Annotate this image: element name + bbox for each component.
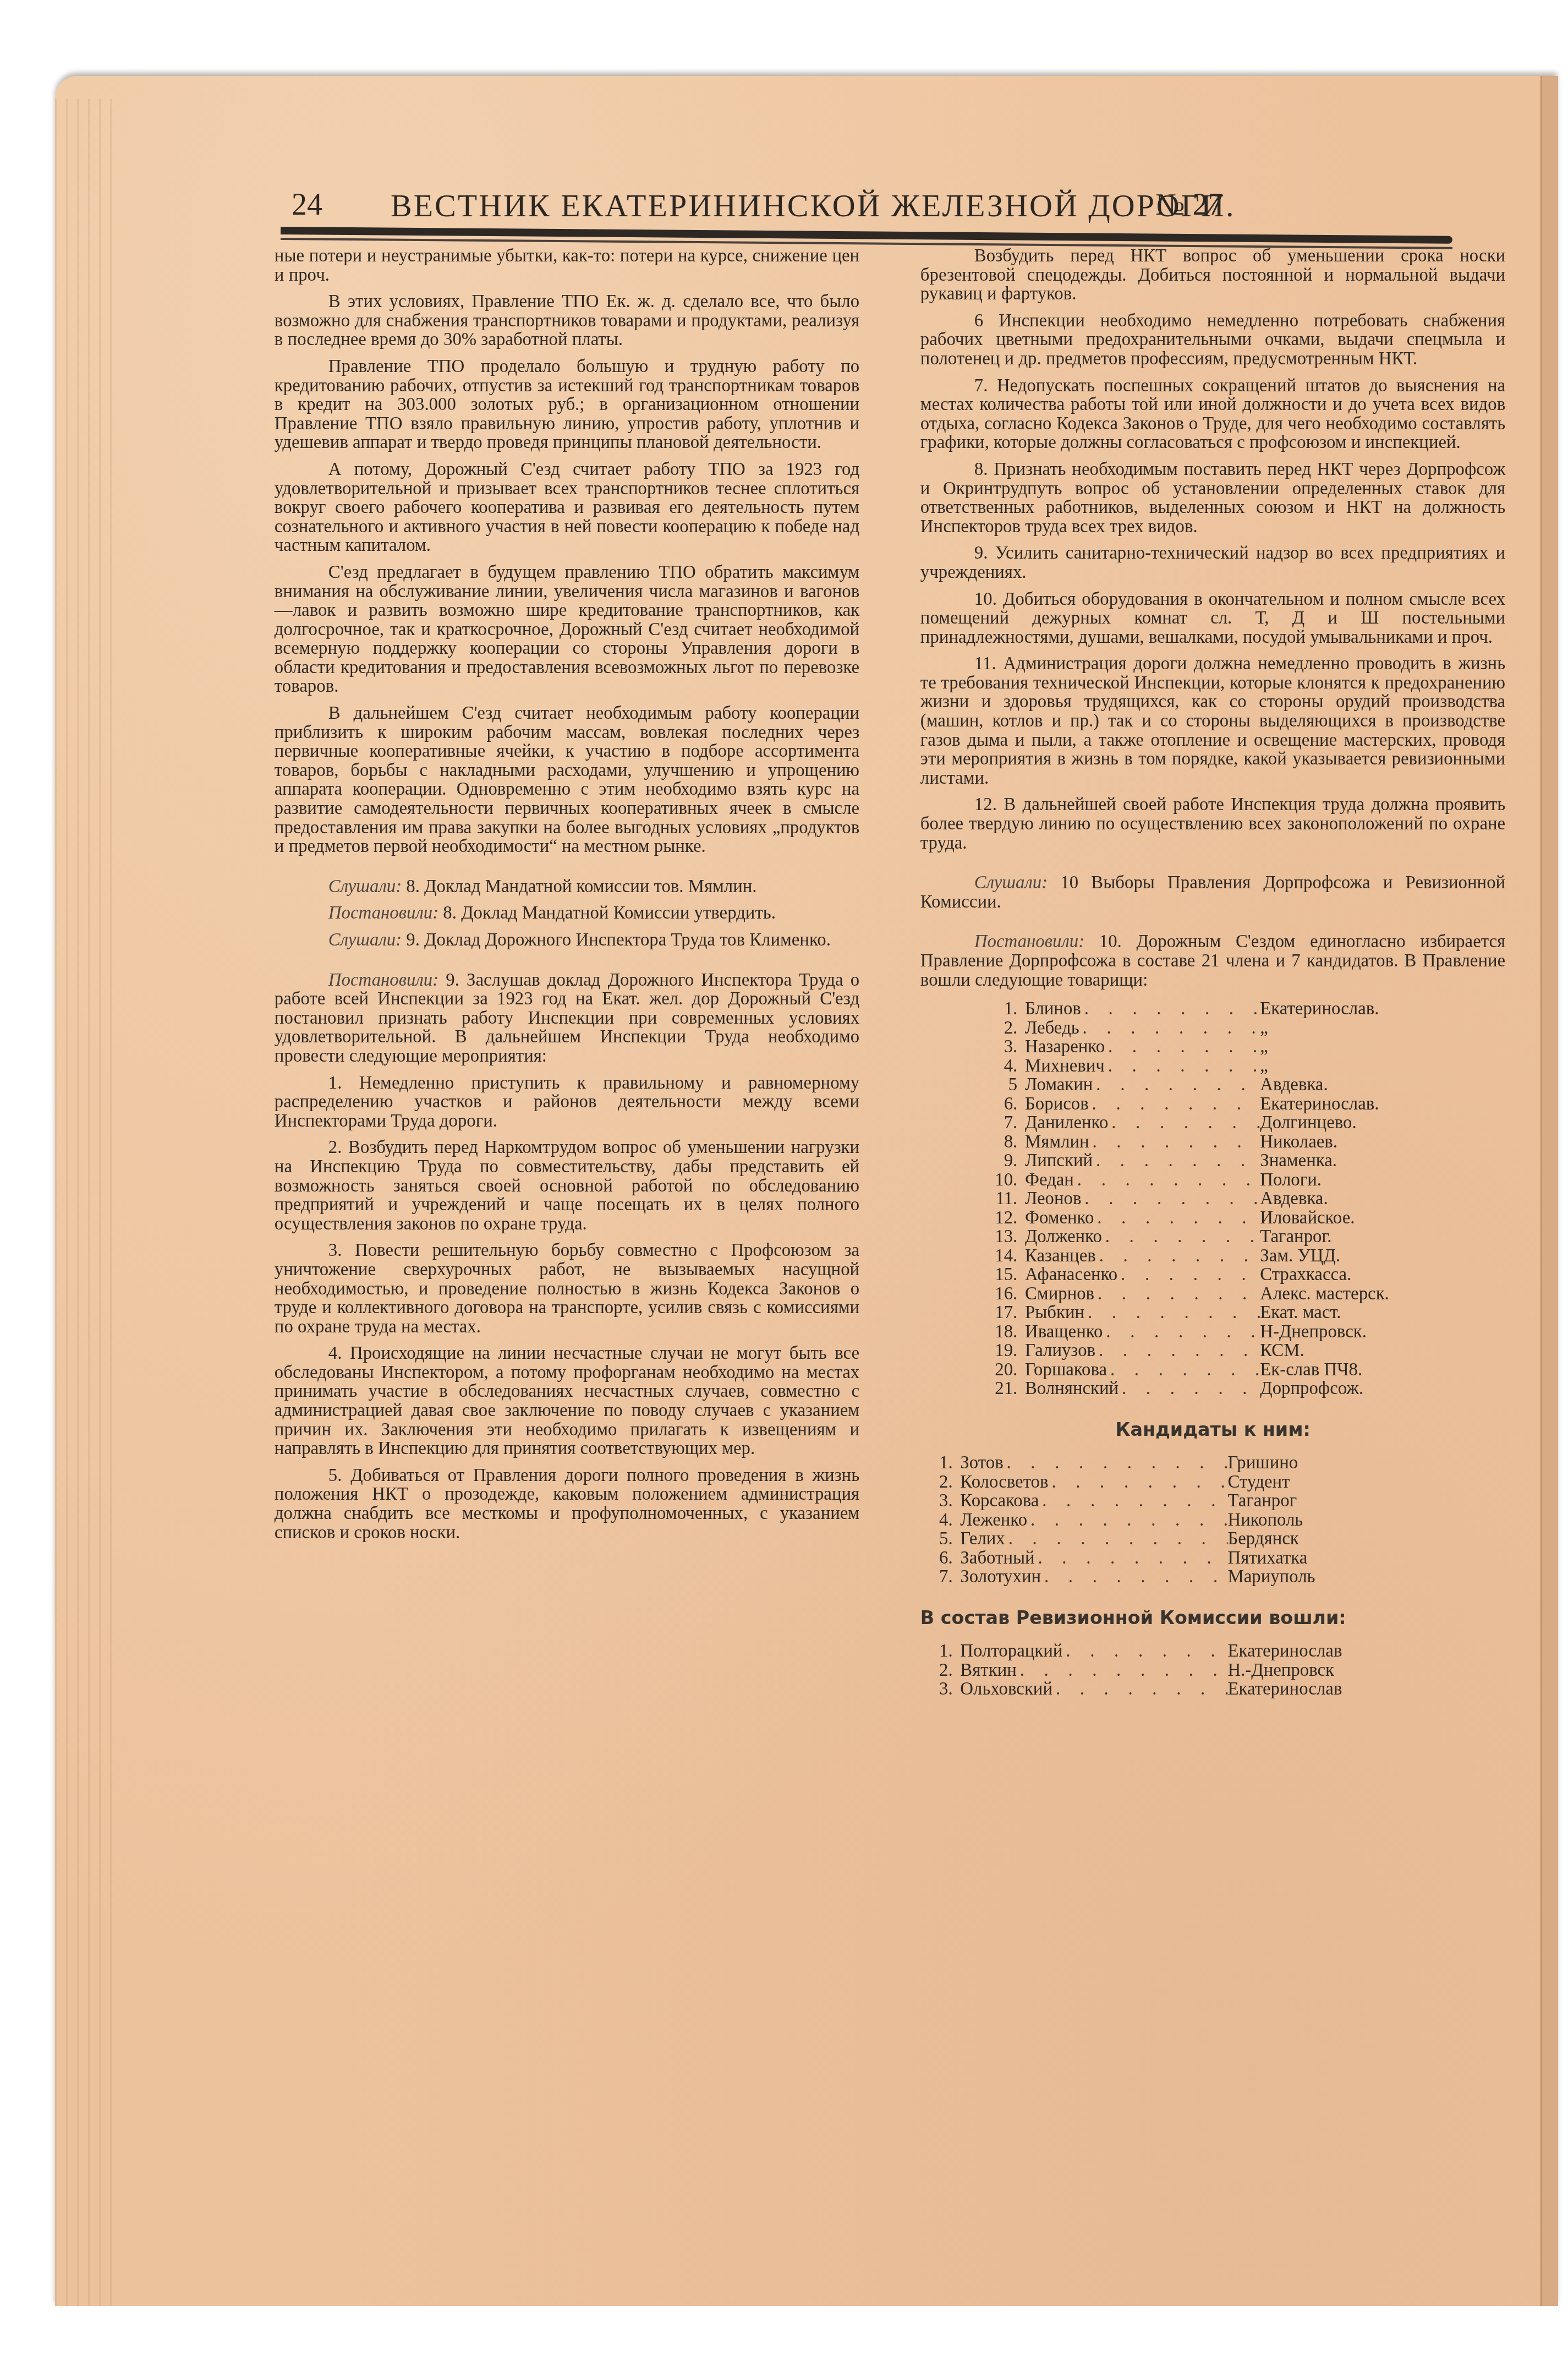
roster-name: Казанцев — [1025, 1247, 1096, 1266]
roster-place: Николаев. — [1260, 1133, 1438, 1152]
roster-name: Леонов — [1025, 1189, 1082, 1209]
roster-number: 1. — [920, 1642, 961, 1661]
roster-name: Иващенко — [1025, 1322, 1103, 1342]
roster-name: Золотухин — [960, 1567, 1041, 1587]
roster-row: 10.Федан. . . . . . . . . . . . . . . . … — [953, 1171, 1438, 1190]
roster-place: Иловайское. — [1260, 1209, 1438, 1228]
roster-row: 2.Вяткин. . . . . . . . . . . . . . . . … — [920, 1661, 1406, 1680]
roster-row: 3.Назаренко. . . . . . . . . . . . . . .… — [953, 1037, 1438, 1057]
publication-title: ВЕСТНИК ЕКАТЕРИНИНСКОЙ ЖЕЛЕЗНОЙ ДОРОГИ. — [391, 187, 1235, 224]
roster-name: Михневич — [1025, 1057, 1105, 1076]
issue-number: № 27 — [1155, 187, 1223, 222]
leader-dots: . . . . . . . . . . . . . . . . . . — [1095, 1341, 1260, 1360]
paragraph: В дальнейшем С'езд считает необходимым р… — [275, 704, 859, 856]
leader-dots: . . . . . . . . . . . . . . . . . . — [1041, 1567, 1227, 1587]
roster-number: 17. — [953, 1303, 1025, 1322]
roster-number: 3. — [920, 1491, 961, 1511]
leader-dots: . . . . . . . . . . . . . . . . . . — [1049, 1473, 1228, 1492]
roster-place: Авдевка. — [1260, 1075, 1438, 1095]
leader-dots: . . . . . . . . . . . . . . . . . . — [1004, 1453, 1228, 1473]
roster-name: Корсакова — [960, 1491, 1039, 1511]
minutes-entry: Слушали: 8. Доклад Мандатной комиссии то… — [275, 877, 859, 897]
roster-row: 12.Фоменко. . . . . . . . . . . . . . . … — [953, 1209, 1438, 1228]
roster-name: Заботный — [960, 1549, 1034, 1568]
roster-number: 11. — [953, 1189, 1025, 1209]
measure-item: 9. Усилить санитарно-технический надзор … — [920, 544, 1505, 582]
roster-number: 12. — [953, 1209, 1025, 1228]
roster-place: „ — [1260, 1037, 1438, 1057]
roster-row: 2.Лебедь. . . . . . . . . . . . . . . . … — [953, 1019, 1438, 1038]
roster-row: 1.Блинов. . . . . . . . . . . . . . . . … — [953, 999, 1438, 1019]
leader-dots: . . . . . . . . . . . . . . . . . . — [1094, 1285, 1260, 1304]
leader-dots: . . . . . . . . . . . . . . . . . . — [1005, 1529, 1228, 1549]
leader-dots: . . . . . . . . . . . . . . . . . . — [1084, 1303, 1260, 1322]
measure-item: 7. Недопускать поспешных сокращений штат… — [920, 376, 1505, 452]
roster-number: 14. — [953, 1247, 1025, 1266]
page-fold-edge — [1540, 76, 1558, 2306]
minutes-entry: Слушали: 9. Доклад Дорожного Инспектора … — [275, 931, 859, 950]
roster-place: „ — [1260, 1019, 1438, 1038]
leader-dots: . . . . . . . . . . . . . . . . . . — [1035, 1549, 1228, 1568]
roster-name: Смирнов — [1025, 1285, 1094, 1304]
roster-row: 6.Заботный. . . . . . . . . . . . . . . … — [920, 1549, 1406, 1568]
roster-number: 9. — [953, 1151, 1025, 1171]
roster-number: 3. — [920, 1680, 961, 1699]
roster-row: 7.Золотухин. . . . . . . . . . . . . . .… — [920, 1567, 1406, 1587]
paragraph: С'езд предлагает в будущем правлению ТПО… — [275, 563, 859, 696]
roster-number: 2. — [920, 1473, 961, 1492]
roster-name: Блинов — [1025, 999, 1081, 1019]
leader-dots: . . . . . . . . . . . . . . . . . . — [1102, 1227, 1260, 1247]
paragraph: ные потери и неустранимые убытки, как-то… — [275, 247, 859, 285]
leader-dots: . . . . . . . . . . . . . . . . . . — [1039, 1491, 1227, 1511]
roster-number: 5 — [953, 1075, 1025, 1095]
roster-row: 1.Зотов. . . . . . . . . . . . . . . . .… — [920, 1453, 1406, 1473]
measure-item: Возбудить перед НКТ вопрос об уменьшении… — [920, 247, 1505, 304]
roster-name: Вяткин — [960, 1661, 1016, 1680]
roster-name: Даниленко — [1025, 1113, 1108, 1133]
minutes-entry: Постановили: 10. Дорожным С'ездом единог… — [920, 932, 1505, 990]
roster-row: 6.Борисов. . . . . . . . . . . . . . . .… — [953, 1095, 1438, 1114]
minutes-label: Слушали: — [974, 872, 1048, 893]
minutes-entry: Слушали: 10 Выборы Правления Дорпрофсожа… — [920, 873, 1505, 911]
roster-name: Борисов — [1025, 1095, 1089, 1114]
roster-number: 19. — [953, 1341, 1025, 1360]
roster-number: 2. — [953, 1019, 1025, 1038]
revision-commission-heading: В состав Ревизионной Комиссии вошли: — [920, 1609, 1505, 1628]
roster-number: 8. — [953, 1133, 1025, 1152]
leader-dots: . . . . . . . . . . . . . . . . . . — [1074, 1171, 1260, 1190]
roster-name: Мямлин — [1025, 1133, 1089, 1152]
minutes-text: 8. Доклад Мандатной Комиссии утвердить. — [443, 903, 776, 923]
measure-item: 10. Добиться оборудования в окончательно… — [920, 590, 1505, 647]
roster-place: Н.-Днепровск — [1227, 1661, 1405, 1680]
roster-name: Липский — [1025, 1151, 1093, 1171]
leader-dots: . . . . . . . . . . . . . . . . . . — [1017, 1661, 1228, 1680]
roster-row: 8.Мямлин. . . . . . . . . . . . . . . . … — [953, 1133, 1438, 1152]
minutes-label: Слушали: — [328, 876, 402, 897]
leader-dots: . . . . . . . . . . . . . . . . . . — [1119, 1379, 1260, 1398]
roster-place: Зам. УЦД. — [1260, 1247, 1438, 1266]
roster-name: Долженко — [1025, 1227, 1102, 1247]
roster-name: Волнянский — [1025, 1379, 1119, 1398]
roster-row: 11.Леонов. . . . . . . . . . . . . . . .… — [953, 1189, 1438, 1209]
roster-place: Никополь — [1227, 1511, 1405, 1530]
measure-item: 2. Возбудить перед Наркомтрудом вопрос о… — [275, 1138, 859, 1233]
roster-number: 16. — [953, 1285, 1025, 1304]
roster-row: 4.Михневич. . . . . . . . . . . . . . . … — [953, 1057, 1438, 1076]
leader-dots: . . . . . . . . . . . . . . . . . . — [1107, 1360, 1260, 1380]
leader-dots: . . . . . . . . . . . . . . . . . . — [1103, 1322, 1260, 1342]
roster-number: 5. — [920, 1529, 961, 1549]
leader-dots: . . . . . . . . . . . . . . . . . . — [1081, 999, 1260, 1019]
roster-row: 15.Афанасенко. . . . . . . . . . . . . .… — [953, 1265, 1438, 1285]
roster-place: „ — [1260, 1057, 1438, 1076]
roster-place: Екатеринослав — [1227, 1642, 1405, 1661]
roster-row: 21.Волнянский. . . . . . . . . . . . . .… — [953, 1379, 1438, 1398]
minutes-entry: Постановили: 9. Заслушав доклад Дорожног… — [275, 971, 859, 1066]
roster-place: Знаменка. — [1260, 1151, 1438, 1171]
candidates-heading: Кандидаты к ним: — [920, 1420, 1505, 1440]
roster-place: Пятихатка — [1227, 1549, 1405, 1568]
page-number: 24 — [292, 187, 322, 222]
paragraph: В этих условиях, Правление ТПО Ек. ж. д.… — [275, 292, 859, 349]
leader-dots: . . . . . . . . . . . . . . . . . . — [1062, 1642, 1227, 1661]
roster-place: Екат. маст. — [1260, 1303, 1438, 1322]
leader-dots: . . . . . . . . . . . . . . . . . . — [1089, 1095, 1260, 1114]
roster-name: Федан — [1025, 1171, 1074, 1190]
roster-row: 3.Корсакова. . . . . . . . . . . . . . .… — [920, 1491, 1406, 1511]
roster-row: 9.Липский. . . . . . . . . . . . . . . .… — [953, 1151, 1438, 1171]
roster-place: Екатеринослав. — [1260, 999, 1438, 1019]
roster-name: Фоменко — [1025, 1209, 1094, 1228]
roster-row: 2.Колосветов. . . . . . . . . . . . . . … — [920, 1473, 1406, 1492]
leader-dots: . . . . . . . . . . . . . . . . . . — [1096, 1247, 1260, 1266]
roster-place: Студент — [1227, 1473, 1405, 1492]
roster-name: Ольховский — [960, 1680, 1052, 1699]
leader-dots: . . . . . . . . . . . . . . . . . . — [1093, 1151, 1260, 1171]
minutes-label: Постановили: — [974, 931, 1084, 952]
roster-name: Назаренко — [1025, 1037, 1105, 1057]
roster-place: Таганрог. — [1260, 1227, 1438, 1247]
roster-name: Лебедь — [1025, 1019, 1079, 1038]
revision-commission-list: 1.Полторацкий. . . . . . . . . . . . . .… — [920, 1642, 1406, 1699]
roster-row: 14.Казанцев. . . . . . . . . . . . . . .… — [953, 1247, 1438, 1266]
measure-item: 11. Администрация дороги должна немедлен… — [920, 654, 1505, 788]
roster-number: 3. — [953, 1037, 1025, 1057]
roster-name: Рыбкин — [1025, 1303, 1084, 1322]
measure-item: 1. Немедленно приступить к правильному и… — [275, 1074, 859, 1131]
leader-dots: . . . . . . . . . . . . . . . . . . — [1105, 1057, 1260, 1076]
roster-name: Колосветов — [960, 1473, 1048, 1492]
roster-place: Гришино — [1227, 1453, 1405, 1473]
roster-number: 7. — [920, 1567, 961, 1587]
roster-number: 4. — [920, 1511, 961, 1530]
roster-place: Пологи. — [1260, 1171, 1438, 1190]
minutes-text: 9. Доклад Дорожного Инспектора Труда тов… — [406, 930, 831, 950]
roster-row: 5.Гелих. . . . . . . . . . . . . . . . .… — [920, 1529, 1406, 1549]
leader-dots: . . . . . . . . . . . . . . . . . . — [1081, 1189, 1260, 1209]
roster-name: Горшакова — [1025, 1360, 1107, 1380]
leader-dots: . . . . . . . . . . . . . . . . . . — [1117, 1265, 1260, 1285]
roster-place: КСМ. — [1260, 1341, 1438, 1360]
roster-place: Страхкасса. — [1260, 1265, 1438, 1285]
roster-row: 5Ломакин. . . . . . . . . . . . . . . . … — [953, 1075, 1438, 1095]
roster-name: Ломакин — [1025, 1075, 1093, 1095]
page-stack-edge — [55, 99, 121, 2306]
leader-dots: . . . . . . . . . . . . . . . . . . — [1089, 1133, 1260, 1152]
minutes-entry: Постановили: 8. Доклад Мандатной Комисси… — [275, 904, 859, 923]
roster-name: Гелих — [960, 1529, 1005, 1549]
minutes-text: 8. Доклад Мандатной комиссии тов. Мямлин… — [406, 876, 756, 897]
board-members-list: 1.Блинов. . . . . . . . . . . . . . . . … — [953, 999, 1438, 1398]
roster-name: Афанасенко — [1025, 1265, 1117, 1285]
minutes-label: Постановили: — [328, 903, 438, 923]
leader-dots: . . . . . . . . . . . . . . . . . . — [1027, 1511, 1227, 1530]
roster-row: 13.Долженко. . . . . . . . . . . . . . .… — [953, 1227, 1438, 1247]
paragraph: А потому, Дорожный С'езд считает работу … — [275, 460, 859, 555]
roster-name: Полторацкий — [960, 1642, 1062, 1661]
roster-place: Таганрог — [1227, 1491, 1405, 1511]
roster-number: 1. — [920, 1453, 961, 1473]
roster-place: Авдевка. — [1260, 1189, 1438, 1209]
roster-number: 4. — [953, 1057, 1025, 1076]
roster-row: 18.Иващенко. . . . . . . . . . . . . . .… — [953, 1322, 1438, 1342]
roster-number: 6. — [920, 1549, 961, 1568]
roster-number: 10. — [953, 1171, 1025, 1190]
roster-number: 21. — [953, 1379, 1025, 1398]
candidates-list: 1.Зотов. . . . . . . . . . . . . . . . .… — [920, 1453, 1406, 1587]
measure-item: 4. Происходящие на линии несчастные случ… — [275, 1344, 859, 1458]
leader-dots: . . . . . . . . . . . . . . . . . . — [1105, 1037, 1260, 1057]
leader-dots: . . . . . . . . . . . . . . . . . . — [1079, 1019, 1260, 1038]
measure-item: 5. Добиваться от Правления дороги полног… — [275, 1466, 859, 1542]
leader-dots: . . . . . . . . . . . . . . . . . . — [1094, 1209, 1260, 1228]
roster-name: Галиузов — [1025, 1341, 1095, 1360]
measure-item: 8. Признать необходимым поставить перед … — [920, 460, 1505, 536]
measure-item: 6 Инспекции необходимо немедленно потреб… — [920, 311, 1505, 369]
roster-place: Алекс. мастерск. — [1260, 1285, 1438, 1304]
roster-row: 17.Рыбкин. . . . . . . . . . . . . . . .… — [953, 1303, 1438, 1322]
roster-row: 7.Даниленко. . . . . . . . . . . . . . .… — [953, 1113, 1438, 1133]
roster-row: 1.Полторацкий. . . . . . . . . . . . . .… — [920, 1642, 1406, 1661]
left-column: ные потери и неустранимые убытки, как-то… — [275, 247, 859, 1550]
roster-number: 13. — [953, 1227, 1025, 1247]
measure-item: 3. Повести решительную борьбу совместно … — [275, 1241, 859, 1336]
roster-number: 6. — [953, 1095, 1025, 1114]
roster-place: Екатеринослав. — [1260, 1095, 1438, 1114]
leader-dots: . . . . . . . . . . . . . . . . . . — [1093, 1075, 1260, 1095]
roster-row: 20.Горшакова. . . . . . . . . . . . . . … — [953, 1360, 1438, 1380]
roster-name: Леженко — [960, 1511, 1027, 1530]
roster-name: Зотов — [960, 1453, 1003, 1473]
minutes-label: Слушали: — [328, 930, 402, 950]
roster-place: Долгинцево. — [1260, 1113, 1438, 1133]
paragraph: Правление ТПО проделало большую и трудну… — [275, 357, 859, 452]
roster-number: 15. — [953, 1265, 1025, 1285]
roster-place: Ек-слав ПЧ8. — [1260, 1360, 1438, 1380]
roster-number: 18. — [953, 1322, 1025, 1342]
roster-place: Дорпрофсож. — [1260, 1379, 1438, 1398]
roster-row: 19.Галиузов. . . . . . . . . . . . . . .… — [953, 1341, 1438, 1360]
roster-place: Бердянск — [1227, 1529, 1405, 1549]
minutes-label: Постановили: — [328, 970, 438, 990]
roster-place: Екатеринослав — [1227, 1680, 1405, 1699]
roster-row: 16.Смирнов. . . . . . . . . . . . . . . … — [953, 1285, 1438, 1304]
roster-number: 20. — [953, 1360, 1025, 1380]
roster-number: 1. — [953, 999, 1025, 1019]
roster-number: 7. — [953, 1113, 1025, 1133]
roster-row: 4.Леженко. . . . . . . . . . . . . . . .… — [920, 1511, 1406, 1530]
roster-place: Мариуполь — [1227, 1567, 1405, 1587]
roster-row: 3.Ольховский. . . . . . . . . . . . . . … — [920, 1680, 1406, 1699]
right-column: Возбудить перед НКТ вопрос об уменьшении… — [920, 247, 1505, 1699]
leader-dots: . . . . . . . . . . . . . . . . . . — [1108, 1113, 1260, 1133]
roster-number: 2. — [920, 1661, 961, 1680]
leader-dots: . . . . . . . . . . . . . . . . . . — [1052, 1680, 1227, 1699]
measure-item: 12. В дальнейшей своей работе Инспекция … — [920, 795, 1505, 852]
roster-place: Н-Днепровск. — [1260, 1322, 1438, 1342]
